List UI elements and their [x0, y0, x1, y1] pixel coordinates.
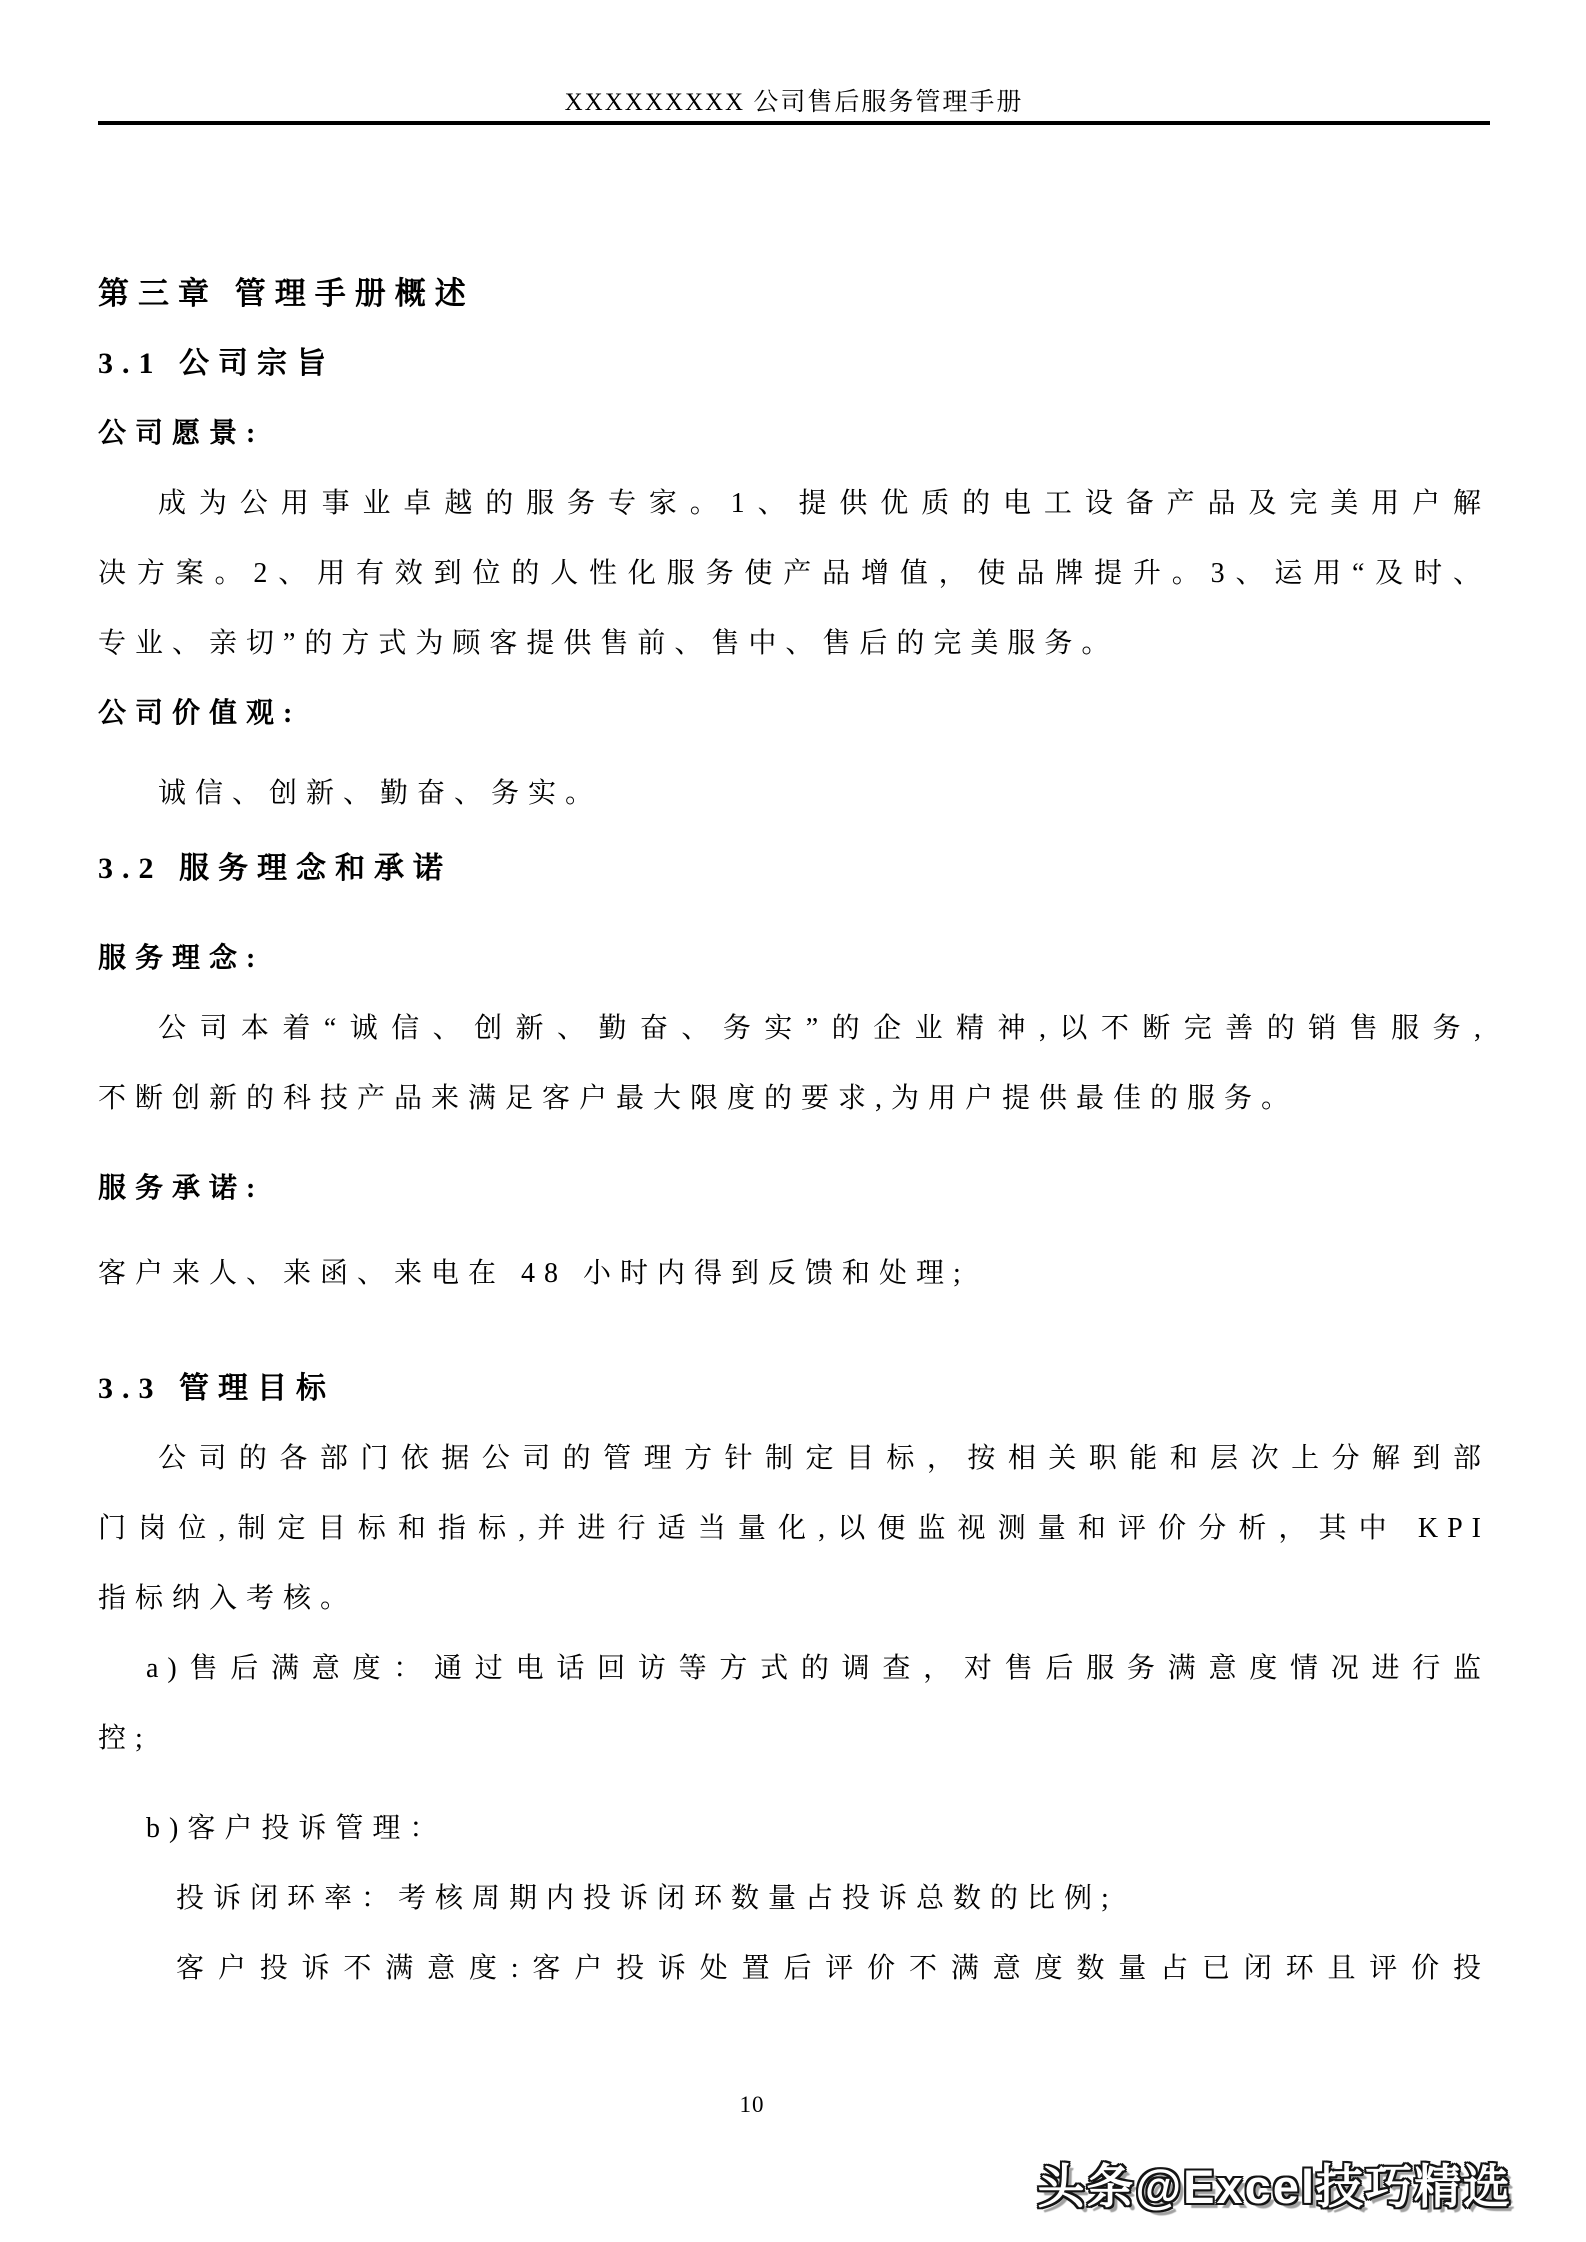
vision-line: 专业、亲切”的方式为顾客提供售前、售中、售后的完美服务。 — [98, 609, 1490, 679]
document-page: XXXXXXXXX 公司售后服务管理手册 第三章 管理手册概述 3.1 公司宗旨… — [0, 0, 1586, 2242]
vision-line: 决方案。2、用有效到位的人性化服务使产品增值，使品牌提升。3、运用“及时、 — [98, 539, 1490, 609]
vision-paragraph: 成为公用事业卓越的服务专家。1、提供优质的电工设备产品及完美用户解 决方案。2、… — [98, 469, 1490, 679]
values-text: 诚信、创新、勤奋、务实。 — [98, 759, 1490, 829]
page-header: XXXXXXXXX 公司售后服务管理手册 — [98, 0, 1490, 125]
goals-line: 门岗位,制定目标和指标,并进行适当量化,以便监视测量和评价分析，其中 KPI — [98, 1494, 1490, 1564]
goals-line: 公司的各部门依据公司的管理方针制定目标，按相关职能和层次上分解到部 — [98, 1424, 1490, 1494]
concept-line: 不断创新的科技产品来满足客户最大限度的要求,为用户提供最佳的服务。 — [98, 1064, 1490, 1134]
promise-label: 服务承诺: — [98, 1154, 1490, 1224]
item-a-line: 控; — [98, 1704, 1490, 1774]
concept-label: 服务理念: — [98, 924, 1490, 994]
section-3-1-heading: 3.1 公司宗旨 — [98, 329, 1490, 399]
item-b-sub-1: 投诉闭环率：考核周期内投诉闭环数量占投诉总数的比例; — [98, 1864, 1490, 1934]
concept-paragraph: 公司本着“诚信、创新、勤奋、务实”的企业精神,以不断完善的销售服务, 不断创新的… — [98, 994, 1490, 1134]
item-b-label: b)客户投诉管理： — [98, 1794, 1490, 1864]
goals-paragraph: 公司的各部门依据公司的管理方针制定目标，按相关职能和层次上分解到部 门岗位,制定… — [98, 1424, 1490, 1634]
promise-text: 客户来人、来函、来电在 48 小时内得到反馈和处理; — [98, 1239, 1490, 1309]
document-body: 第三章 管理手册概述 3.1 公司宗旨 公司愿景: 成为公用事业卓越的服务专家。… — [98, 131, 1490, 2004]
chapter-heading: 第三章 管理手册概述 — [98, 259, 1490, 329]
watermark-text: 头条@Excel技巧精选 — [1037, 2150, 1512, 2217]
goals-line: 指标纳入考核。 — [98, 1564, 1490, 1634]
item-a-paragraph: a)售后满意度：通过电话回访等方式的调查，对售后服务满意度情况进行监 控; — [98, 1634, 1490, 1774]
section-3-3-heading: 3.3 管理目标 — [98, 1354, 1490, 1424]
concept-line: 公司本着“诚信、创新、勤奋、务实”的企业精神,以不断完善的销售服务, — [98, 994, 1490, 1064]
item-a-line: a)售后满意度：通过电话回访等方式的调查，对售后服务满意度情况进行监 — [98, 1634, 1490, 1704]
vision-label: 公司愿景: — [98, 399, 1490, 469]
section-3-2-heading: 3.2 服务理念和承诺 — [98, 834, 1490, 904]
page-number: 10 — [98, 2092, 1406, 2118]
header-title: XXXXXXXXX 公司售后服务管理手册 — [565, 82, 1024, 118]
values-label: 公司价值观: — [98, 679, 1490, 749]
vision-line: 成为公用事业卓越的服务专家。1、提供优质的电工设备产品及完美用户解 — [98, 469, 1490, 539]
item-b-sub-2: 客户投诉不满意度:客户投诉处置后评价不满意度数量占已闭环且评价投 — [98, 1934, 1490, 2004]
